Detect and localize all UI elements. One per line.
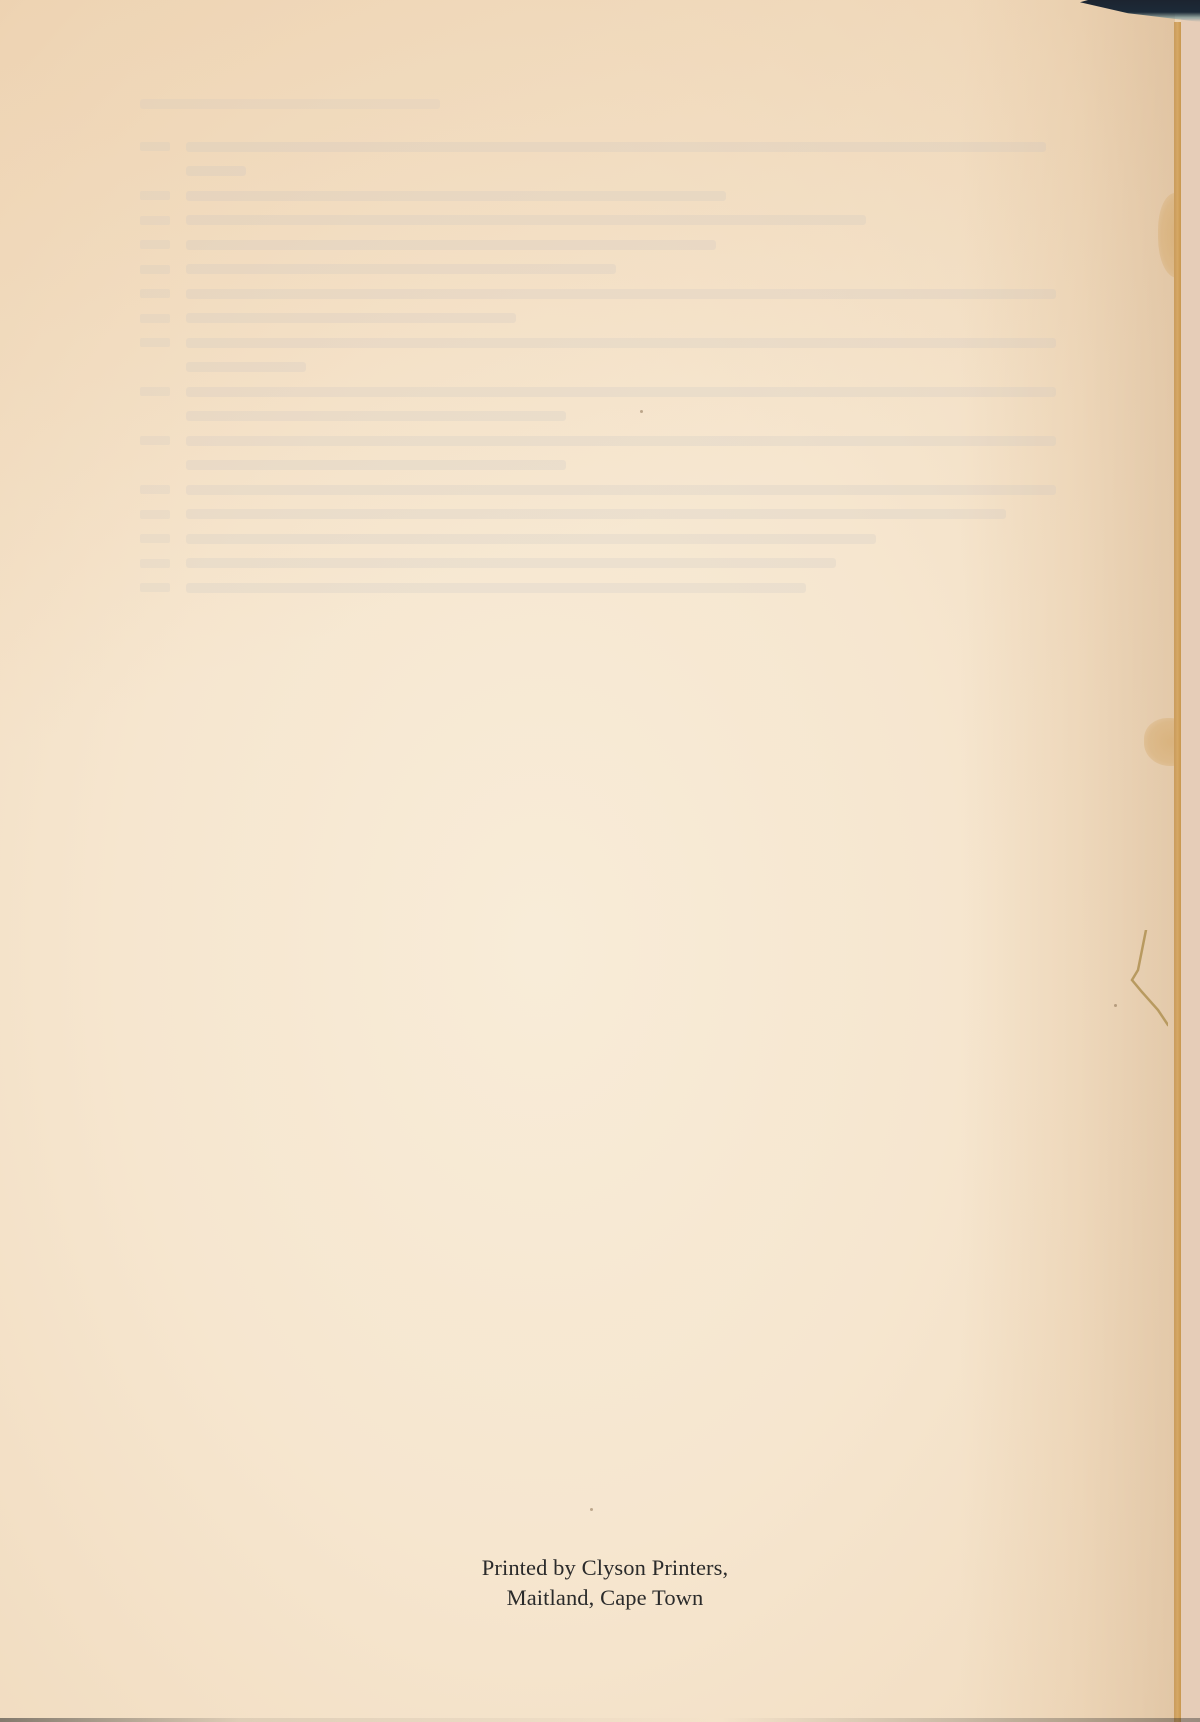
bleed-line (140, 355, 1060, 380)
paper-speck (590, 1508, 593, 1511)
bleed-line (140, 208, 1060, 233)
binding-fold (1174, 22, 1181, 1722)
bleed-line (140, 331, 1060, 356)
bleed-line (140, 576, 1060, 601)
scan-shadow (0, 1718, 1200, 1722)
scanned-page: Printed by Clyson Printers, Maitland, Ca… (0, 0, 1200, 1722)
bleed-line (140, 306, 1060, 331)
bleed-line (140, 92, 1060, 117)
bleed-line (140, 453, 1060, 478)
facing-page-edge (1181, 18, 1200, 1722)
bleed-line (140, 551, 1060, 576)
bleed-line (140, 257, 1060, 282)
bleed-line (140, 404, 1060, 429)
imprint-location: Maitland, Cape Town (400, 1583, 810, 1613)
imprint-printer-name: Printed by Clyson Printers, (400, 1553, 810, 1583)
bleed-line (140, 233, 1060, 258)
printer-imprint: Printed by Clyson Printers, Maitland, Ca… (400, 1553, 810, 1613)
bleed-line (140, 478, 1060, 503)
bleed-through-text (140, 92, 1060, 600)
paper-speck (1114, 1004, 1117, 1007)
bleed-line (140, 380, 1060, 405)
tear-mark (1128, 930, 1168, 1030)
bleed-line (140, 502, 1060, 527)
bleed-line (140, 184, 1060, 209)
bleed-line (140, 135, 1060, 160)
paper-speck (640, 410, 643, 413)
bleed-line (140, 527, 1060, 552)
bleed-line (140, 429, 1060, 454)
bleed-line (140, 159, 1060, 184)
bleed-line (140, 282, 1060, 307)
